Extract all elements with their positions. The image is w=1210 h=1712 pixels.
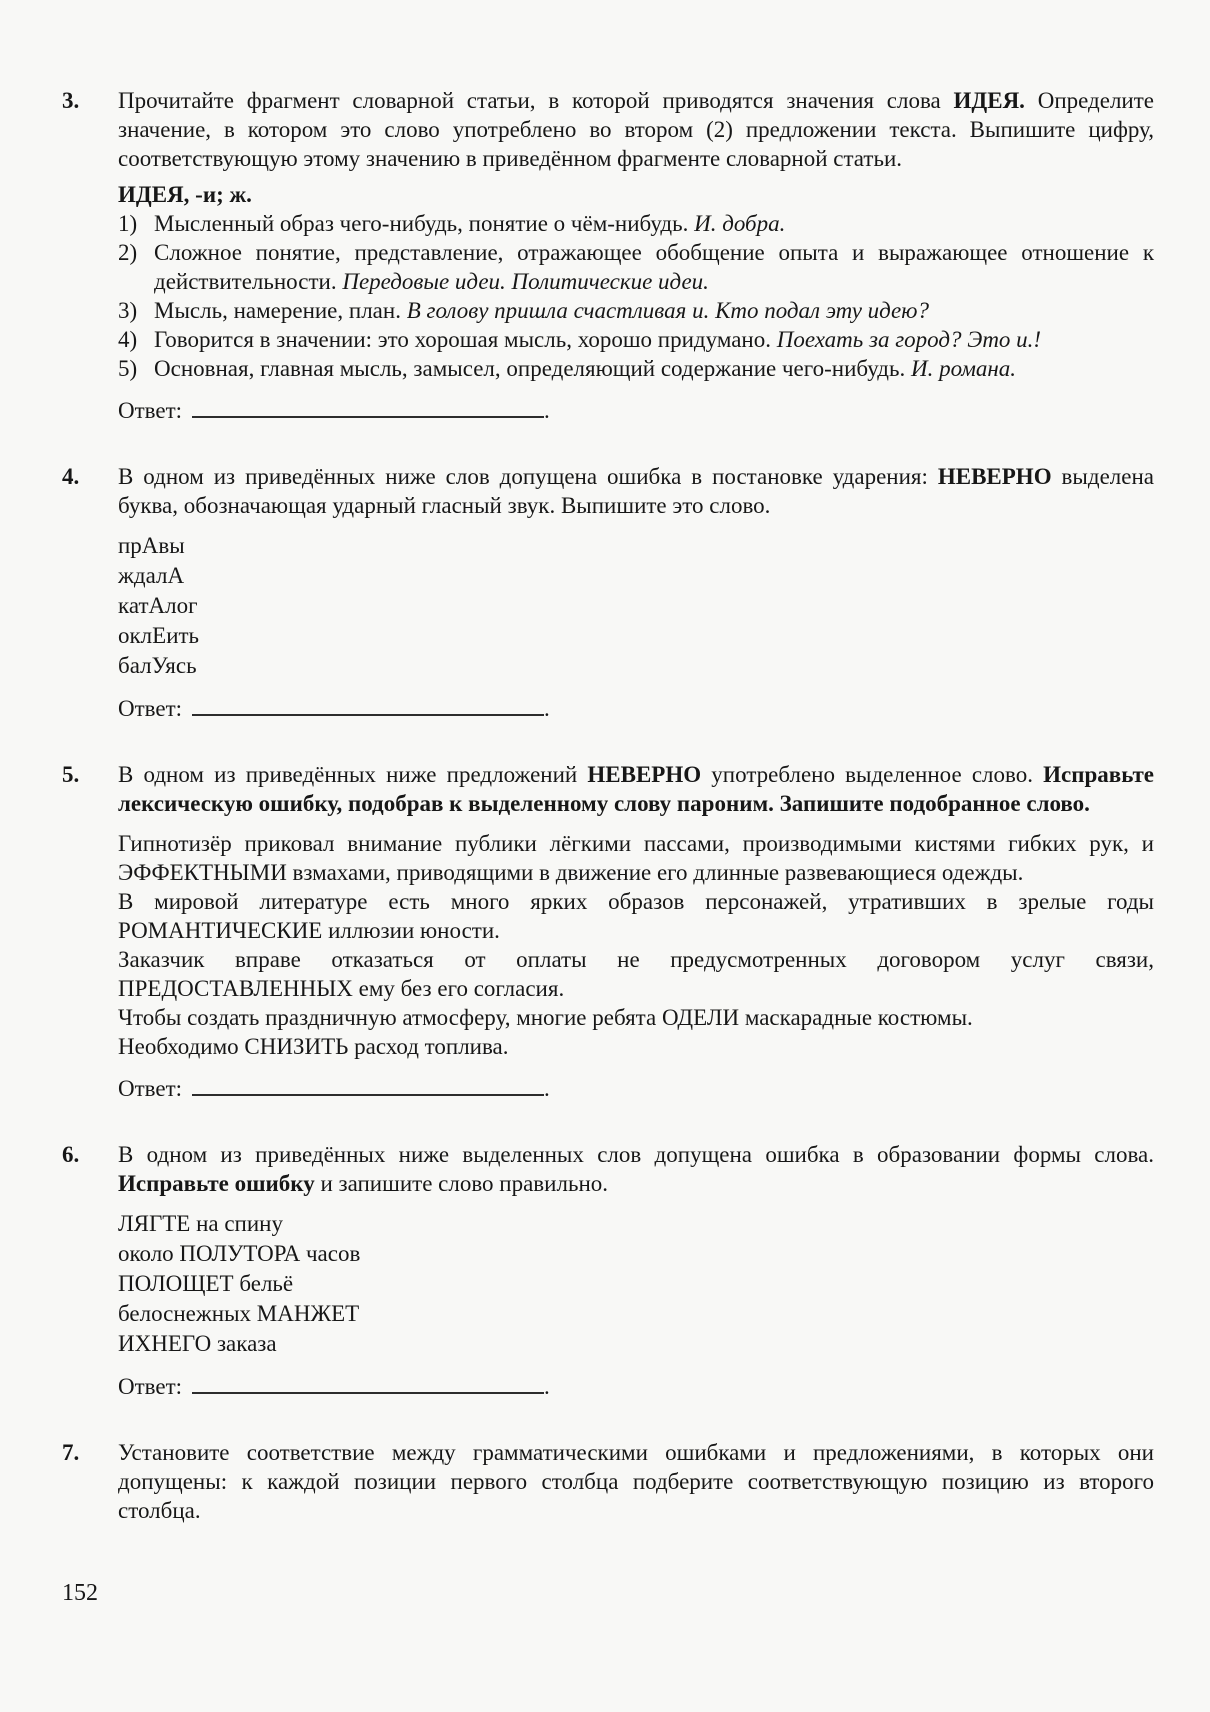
task-5-intro-text-1: В одном из приведённых ниже предложений bbox=[118, 762, 587, 787]
task-3-body: Прочитайте фрагмент словарной статьи, в … bbox=[118, 86, 1154, 425]
dictionary-entry-3: 3) Мысль, намерение, план. В голову приш… bbox=[118, 296, 1154, 325]
answer-label: Ответ: bbox=[118, 398, 182, 423]
entry-text: Сложное понятие, представление, отражающ… bbox=[154, 238, 1154, 296]
task-5: 5. В одном из приведённых ниже предложен… bbox=[62, 760, 1154, 1103]
phrase-item: ИХНЕГО заказа bbox=[118, 1329, 1154, 1359]
task-5-number: 5. bbox=[62, 760, 118, 1103]
answer-label: Ответ: bbox=[118, 1374, 182, 1399]
entry-text: Мысль, намерение, план. В голову пришла … bbox=[154, 296, 1154, 325]
word-item: балУясь bbox=[118, 651, 1154, 681]
task-5-body: В одном из приведённых ниже предложений … bbox=[118, 760, 1154, 1103]
dictionary-headword: ИДЕЯ, -и; ж. bbox=[118, 180, 1154, 209]
page-content: 3. Прочитайте фрагмент словарной статьи,… bbox=[62, 86, 1154, 1562]
task-6: 6. В одном из приведённых ниже выделенны… bbox=[62, 1140, 1154, 1401]
task-3: 3. Прочитайте фрагмент словарной статьи,… bbox=[62, 86, 1154, 425]
page-number: 152 bbox=[62, 1580, 98, 1607]
sentence: Чтобы создать праздничную атмосферу, мно… bbox=[118, 1003, 1154, 1032]
sentence: В мировой литературе есть много ярких об… bbox=[118, 887, 1154, 945]
entry-number: 2) bbox=[118, 238, 154, 296]
entry-definition: Мысль, намерение, план. bbox=[154, 298, 407, 323]
entry-definition: Основная, главная мысль, замысел, опреде… bbox=[154, 356, 911, 381]
word-item: прАвы bbox=[118, 531, 1154, 561]
word-item: ждалА bbox=[118, 561, 1154, 591]
entry-number: 1) bbox=[118, 209, 154, 238]
stress-word-list: прАвы ждалА катАлог оклЕить балУясь bbox=[118, 531, 1154, 681]
answer-blank[interactable] bbox=[192, 1081, 544, 1096]
task-3-intro-text-1: Прочитайте фрагмент словарной статьи, в … bbox=[118, 88, 954, 113]
answer-row: Ответ:. bbox=[118, 1372, 1154, 1401]
task-6-number: 6. bbox=[62, 1140, 118, 1401]
answer-row: Ответ:. bbox=[118, 694, 1154, 723]
task-4-number: 4. bbox=[62, 462, 118, 723]
entry-example: В голову пришла счастливая и. Кто подал … bbox=[407, 298, 929, 323]
answer-blank[interactable] bbox=[192, 403, 544, 418]
task-4-keyword: НЕВЕРНО bbox=[938, 464, 1052, 489]
task-4-body: В одном из приведённых ниже слов допущен… bbox=[118, 462, 1154, 723]
task-6-keyword: Исправьте ошибку bbox=[118, 1171, 315, 1196]
task-4: 4. В одном из приведённых ниже слов допу… bbox=[62, 462, 1154, 723]
phrase-item: около ПОЛУТОРА часов bbox=[118, 1239, 1154, 1269]
dictionary-entry-1: 1) Мысленный образ чего-нибудь, понятие … bbox=[118, 209, 1154, 238]
answer-label: Ответ: bbox=[118, 696, 182, 721]
answer-blank[interactable] bbox=[192, 1379, 544, 1394]
dictionary-list: 1) Мысленный образ чего-нибудь, понятие … bbox=[118, 209, 1154, 383]
entry-example: И. добра. bbox=[694, 211, 785, 236]
task-6-body: В одном из приведённых ниже выделенных с… bbox=[118, 1140, 1154, 1401]
task-5-keyword: НЕВЕРНО bbox=[587, 762, 701, 787]
entry-example: Передовые идеи. Политические идеи. bbox=[342, 269, 709, 294]
task-5-intro: В одном из приведённых ниже предложений … bbox=[118, 760, 1154, 818]
entry-example: И. романа. bbox=[911, 356, 1016, 381]
task-5-intro-text-2: употреблено выделенное слово. bbox=[701, 762, 1043, 787]
word-form-list: ЛЯГТЕ на спину около ПОЛУТОРА часов ПОЛО… bbox=[118, 1209, 1154, 1359]
entry-text: Говорится в значении: это хорошая мысль,… bbox=[154, 325, 1154, 354]
answer-label: Ответ: bbox=[118, 1076, 182, 1101]
entry-definition: Говорится в значении: это хорошая мысль,… bbox=[154, 327, 777, 352]
word-item: оклЕить bbox=[118, 621, 1154, 651]
sentence: Гипнотизёр приковал внимание публики лёг… bbox=[118, 829, 1154, 887]
task-3-number: 3. bbox=[62, 86, 118, 425]
entry-number: 4) bbox=[118, 325, 154, 354]
entry-number: 3) bbox=[118, 296, 154, 325]
word-item: катАлог bbox=[118, 591, 1154, 621]
task-3-keyword: ИДЕЯ. bbox=[954, 88, 1025, 113]
task-6-intro: В одном из приведённых ниже выделенных с… bbox=[118, 1140, 1154, 1198]
task-7-intro: Установите соответствие между грамматиче… bbox=[118, 1438, 1154, 1525]
sentence: Необходимо СНИЗИТЬ расход топлива. bbox=[118, 1032, 1154, 1061]
task-3-intro: Прочитайте фрагмент словарной статьи, в … bbox=[118, 86, 1154, 173]
answer-blank[interactable] bbox=[192, 701, 544, 716]
paronym-sentences: Гипнотизёр приковал внимание публики лёг… bbox=[118, 829, 1154, 1061]
entry-text: Мысленный образ чего-нибудь, понятие о ч… bbox=[154, 209, 1154, 238]
sentence: Заказчик вправе отказаться от оплаты не … bbox=[118, 945, 1154, 1003]
task-7-number: 7. bbox=[62, 1438, 118, 1525]
scanned-textbook-page: 3. Прочитайте фрагмент словарной статьи,… bbox=[0, 0, 1210, 1712]
phrase-item: ЛЯГТЕ на спину bbox=[118, 1209, 1154, 1239]
entry-number: 5) bbox=[118, 354, 154, 383]
dictionary-entry-4: 4) Говорится в значении: это хорошая мыс… bbox=[118, 325, 1154, 354]
answer-period: . bbox=[544, 696, 550, 721]
dictionary-entry-2: 2) Сложное понятие, представление, отраж… bbox=[118, 238, 1154, 296]
phrase-item: ПОЛОЩЕТ бельё bbox=[118, 1269, 1154, 1299]
answer-row: Ответ:. bbox=[118, 1074, 1154, 1103]
dictionary-entry-5: 5) Основная, главная мысль, замысел, опр… bbox=[118, 354, 1154, 383]
task-6-intro-text-1: В одном из приведённых ниже выделенных с… bbox=[118, 1142, 1154, 1167]
task-7-body: Установите соответствие между грамматиче… bbox=[118, 1438, 1154, 1525]
entry-text: Основная, главная мысль, замысел, опреде… bbox=[154, 354, 1154, 383]
task-4-intro: В одном из приведённых ниже слов допущен… bbox=[118, 462, 1154, 520]
entry-definition: Мысленный образ чего-нибудь, понятие о ч… bbox=[154, 211, 694, 236]
answer-period: . bbox=[544, 1374, 550, 1399]
entry-example: Поехать за город? Это и.! bbox=[777, 327, 1041, 352]
task-4-intro-text-1: В одном из приведённых ниже слов допущен… bbox=[118, 464, 938, 489]
task-6-intro-text-2: и запишите слово правильно. bbox=[315, 1171, 608, 1196]
answer-period: . bbox=[544, 1076, 550, 1101]
task-7: 7. Установите соответствие между граммат… bbox=[62, 1438, 1154, 1525]
phrase-item: белоснежных МАНЖЕТ bbox=[118, 1299, 1154, 1329]
answer-row: Ответ:. bbox=[118, 396, 1154, 425]
answer-period: . bbox=[544, 398, 550, 423]
